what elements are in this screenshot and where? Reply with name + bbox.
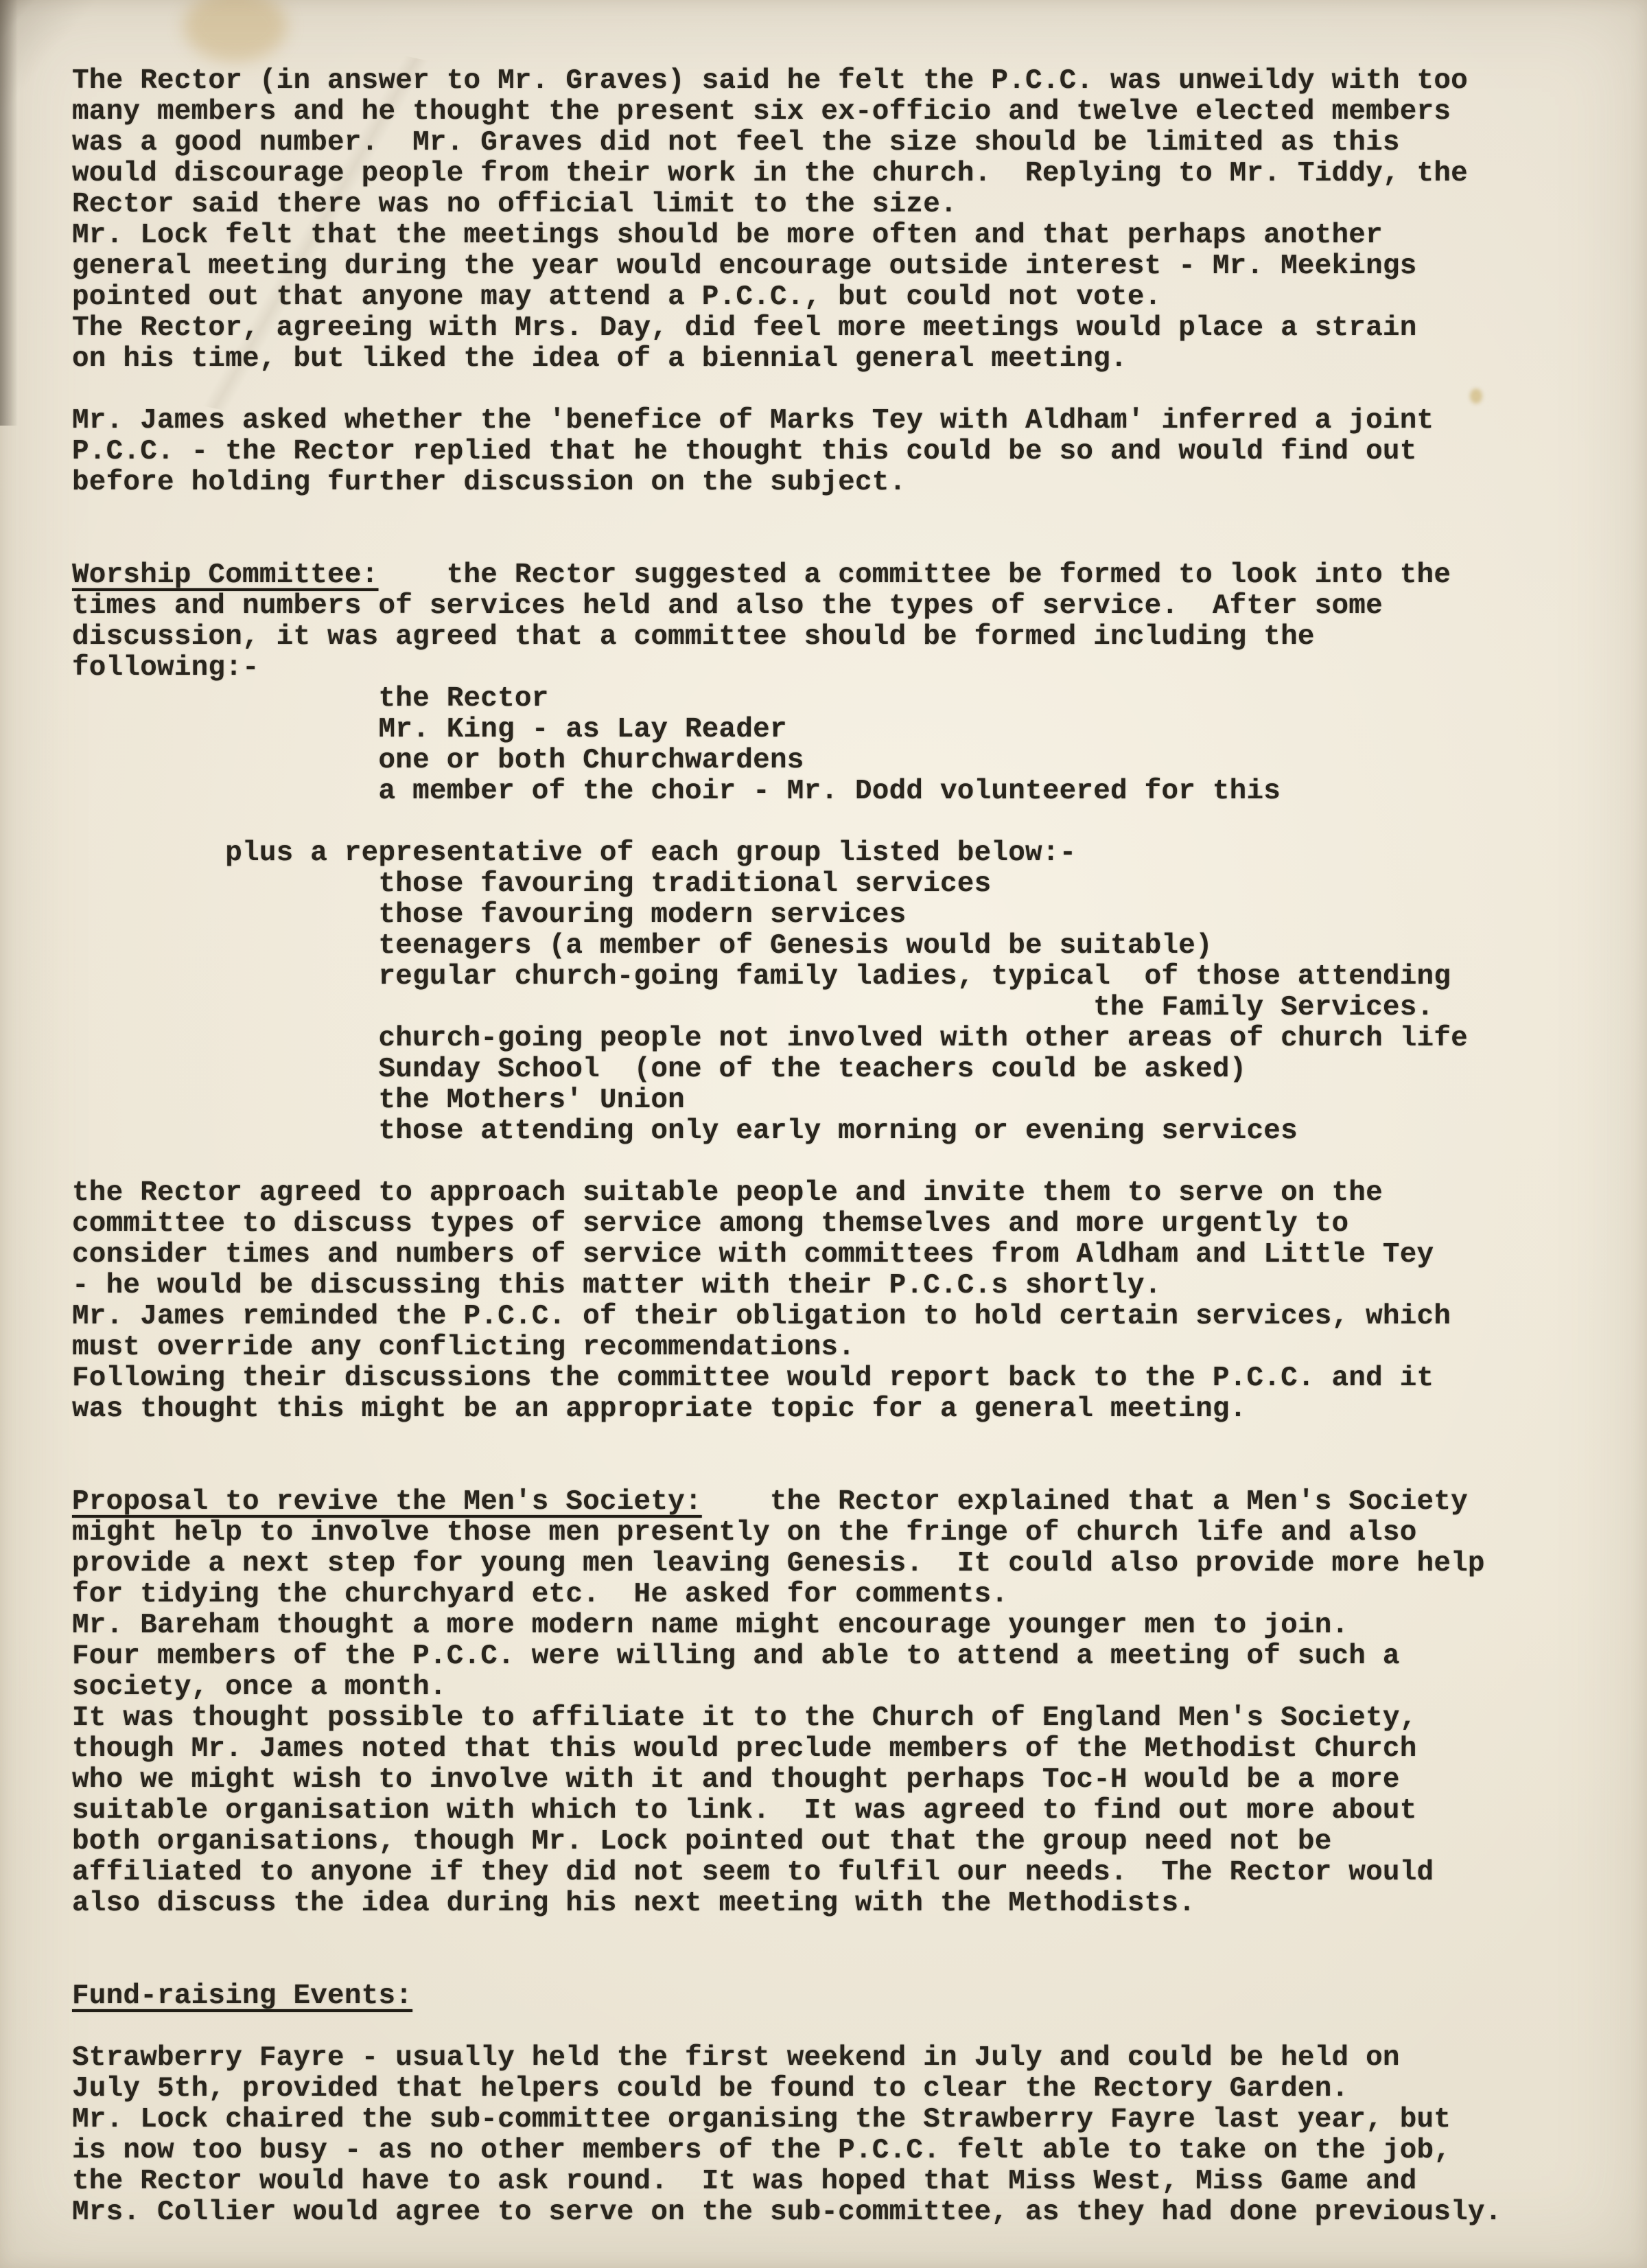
text-line: Mr. Lock chaired the sub-committee organ…	[72, 2105, 1596, 2136]
text-line: a member of the choir - Mr. Dodd volunte…	[72, 776, 1596, 807]
text-line: Mr. King - as Lay Reader	[72, 715, 1596, 745]
text-line: before holding further discussion on the…	[72, 467, 1596, 498]
blank-line	[72, 375, 1596, 406]
text-line: The Rector (in answer to Mr. Graves) sai…	[72, 66, 1596, 97]
text-line: though Mr. James noted that this would p…	[72, 1734, 1596, 1765]
blank-line	[72, 807, 1596, 838]
text-line: consider times and numbers of service wi…	[72, 1240, 1596, 1271]
document-text: The Rector (in answer to Mr. Graves) sai…	[72, 66, 1596, 2228]
text-line: discussion, it was agreed that a committ…	[72, 622, 1596, 653]
text-line: Following their discussions the committe…	[72, 1363, 1596, 1394]
text-line: would discourage people from their work …	[72, 159, 1596, 189]
text-line: Mr. Bareham thought a more modern name m…	[72, 1610, 1596, 1641]
blank-line	[72, 529, 1596, 560]
text-line: - he would be discussing this matter wit…	[72, 1271, 1596, 1301]
blank-line	[72, 1456, 1596, 1487]
text-line: also discuss the idea during his next me…	[72, 1888, 1596, 1919]
heading-line: Worship Committee: the Rector suggested …	[72, 560, 1596, 591]
text-line: provide a next step for young men leavin…	[72, 1549, 1596, 1579]
blank-line	[72, 1950, 1596, 1981]
scanned-minutes-page: { "page": { "paper_color": "#ece5d4", "i…	[0, 0, 1647, 2268]
text-line: one or both Churchwardens	[72, 745, 1596, 776]
text-line: Mr. James asked whether the 'benefice of…	[72, 406, 1596, 437]
text-line: for tidying the churchyard etc. He asked…	[72, 1579, 1596, 1610]
text-line: church-going people not involved with ot…	[72, 1023, 1596, 1054]
text-line: society, once a month.	[72, 1672, 1596, 1703]
text-line: times and numbers of services held and a…	[72, 591, 1596, 622]
text-line: must override any conflicting recommenda…	[72, 1332, 1596, 1363]
text-line: both organisations, though Mr. Lock poin…	[72, 1827, 1596, 1858]
text-line: Rector said there was no official limit …	[72, 189, 1596, 220]
text-line: P.C.C. - the Rector replied that he thou…	[72, 437, 1596, 467]
text-line: the Mothers' Union	[72, 1085, 1596, 1116]
blank-line	[72, 1425, 1596, 1456]
heading-line: Proposal to revive the Men's Society: th…	[72, 1487, 1596, 1518]
text-line: the Rector	[72, 684, 1596, 715]
text-line: those favouring modern services	[72, 900, 1596, 931]
text-line: Mrs. Collier would agree to serve on the…	[72, 2197, 1596, 2228]
text-line: The Rector, agreeing with Mrs. Day, did …	[72, 313, 1596, 344]
text-line: teenagers (a member of Genesis would be …	[72, 931, 1596, 962]
text-line: might help to involve those men presentl…	[72, 1518, 1596, 1549]
heading-line: Fund-raising Events:	[72, 1981, 1596, 2012]
text-line: Four members of the P.C.C. were willing …	[72, 1641, 1596, 1672]
underlined-heading: Proposal to revive the Men's Society:	[72, 1486, 702, 1518]
underlined-heading: Worship Committee:	[72, 559, 378, 591]
text-line: Mr. James reminded the P.C.C. of their o…	[72, 1301, 1596, 1332]
text-line: Mr. Lock felt that the meetings should b…	[72, 220, 1596, 251]
underlined-heading: Fund-raising Events:	[72, 1980, 412, 2012]
text-line: pointed out that anyone may attend a P.C…	[72, 282, 1596, 313]
text-line: plus a representative of each group list…	[72, 838, 1596, 869]
text-line: many members and he thought the present …	[72, 97, 1596, 128]
text-line: the Family Services.	[72, 993, 1596, 1023]
text-line: the Rector agreed to approach suitable p…	[72, 1178, 1596, 1209]
text-line: the Rector would have to ask round. It w…	[72, 2166, 1596, 2197]
text-line: was thought this might be an appropriate…	[72, 1394, 1596, 1425]
paper-background: The Rector (in answer to Mr. Graves) sai…	[0, 0, 1647, 2268]
text-line: was a good number. Mr. Graves did not fe…	[72, 128, 1596, 159]
text-line: those attending only early morning or ev…	[72, 1116, 1596, 1147]
text-line: those favouring traditional services	[72, 869, 1596, 900]
text-line: Sunday School (one of the teachers could…	[72, 1054, 1596, 1085]
text-line: on his time, but liked the idea of a bie…	[72, 344, 1596, 375]
blank-line	[72, 1147, 1596, 1178]
text-line: regular church-going family ladies, typi…	[72, 962, 1596, 993]
text-line: following:-	[72, 653, 1596, 684]
blank-line	[72, 2012, 1596, 2043]
text-line: It was thought possible to affiliate it …	[72, 1703, 1596, 1734]
blank-line	[72, 498, 1596, 529]
text-line: general meeting during the year would en…	[72, 251, 1596, 282]
text-line: Strawberry Fayre - usually held the firs…	[72, 2043, 1596, 2074]
text-line: who we might wish to involve with it and…	[72, 1765, 1596, 1796]
text-line: committee to discuss types of service am…	[72, 1209, 1596, 1240]
text-line: July 5th, provided that helpers could be…	[72, 2074, 1596, 2105]
text-line: affiliated to anyone if they did not see…	[72, 1858, 1596, 1888]
blank-line	[72, 1919, 1596, 1950]
text-line: is now too busy - as no other members of…	[72, 2136, 1596, 2166]
text-line: suitable organisation with which to link…	[72, 1796, 1596, 1827]
